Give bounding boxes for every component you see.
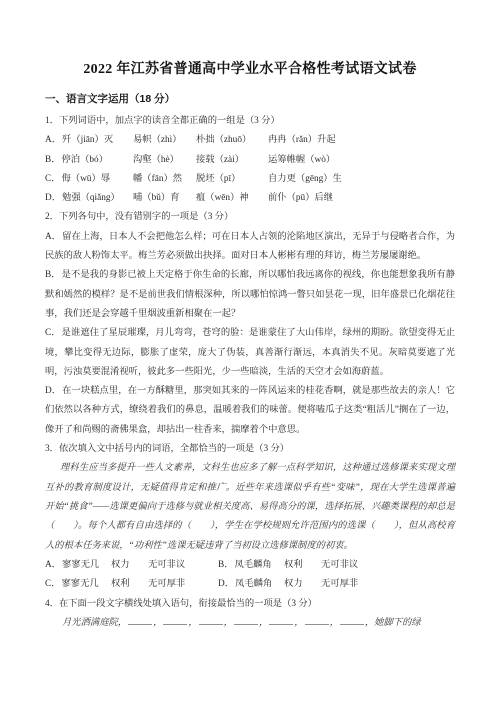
option-cell: A．歼（jiān）灭	[45, 131, 133, 150]
option-item: 凤毛麟角	[235, 579, 272, 589]
option-item: 权力	[111, 556, 148, 576]
q2-option-d: D．在一块糕点里，在一方酥糖里，那突如其来的一阵风运来的桂花香啊，就是那些故去的…	[45, 382, 455, 440]
q3-option-b: B．凤毛麟角 权利 无可非议	[218, 556, 455, 576]
option-label: A．	[45, 232, 62, 242]
q2-option-b: B．是不是我的身影已被上天定格于你生命的长廊，所以哪怕我远离你的视线，你也能想象…	[45, 266, 455, 324]
question-4-prompt: 4．在下面一段文字横线处填入语句，衔接最恰当的一项是（3 分）	[45, 595, 455, 614]
q3-option-row-ab: A．寥寥无几 权力 无可非议 B．凤毛麟角 权利 无可非议	[45, 556, 455, 576]
blank-slot	[128, 617, 152, 625]
option-label: A．	[45, 135, 62, 145]
cloze-separator: ，	[188, 618, 197, 628]
option-item: 勉强（qiǎng）	[62, 193, 120, 203]
option-label: D．	[45, 386, 62, 396]
q3-option-d: D．凤毛麟角 权力 无可厚非	[218, 575, 455, 595]
option-label: B．	[45, 155, 62, 165]
cloze-separator: ，	[153, 618, 162, 628]
option-label: A．	[45, 560, 62, 570]
q3-option-row-cd: C．寥寥无几 权利 无可厚非 D．凤毛麟角 权力 无可厚非	[45, 575, 455, 595]
cloze-suffix: ，她脚下的绿	[365, 618, 421, 628]
option-cell: D．凤毛麟角	[218, 575, 284, 595]
option-text: 在一块糕点里，在一方酥糖里，那突如其来的一阵风运来的桂花香啊，就是那些故去的亲人…	[45, 386, 455, 435]
q3-option-c: C．寥寥无几 权利 无可厚非	[45, 575, 218, 595]
option-item: 寥寥无几	[62, 560, 99, 570]
section-heading: 一、语言文字运用（18 分）	[45, 90, 455, 109]
option-cell: B．停泊（bó）	[45, 151, 133, 170]
blank-slot	[199, 617, 223, 625]
option-item: 无可厚非	[321, 575, 455, 595]
question-2-prompt: 2．下列各句中，没有错别字的一项是（3 分）	[45, 208, 455, 227]
option-item: 无可非议	[148, 556, 218, 576]
exam-paper-page: 2022 年江苏省普通高中学业水平合格性考试语文试卷 一、语言文字运用（18 分…	[0, 0, 500, 707]
option-item: 易帜（zhì）	[133, 131, 196, 150]
q1-option-row-a: A．歼（jiān）灭 易帜（zhì） 朴拙（zhuō） 冉冉（rǎn）升起	[45, 131, 455, 150]
q1-option-row-d: D．勉强（qiǎng） 哺（bǔ）育 瘟（wēn）神 前仆（pū）后继	[45, 189, 455, 208]
blank-slot	[269, 617, 293, 625]
cloze-separator: ，	[224, 618, 233, 628]
q1-option-row-c: C．侮（wū）辱 幡（fān）然 脱坯（pī） 自力更（gēng）生	[45, 170, 455, 189]
option-cell: C．寥寥无几	[45, 575, 111, 595]
option-cell: C．侮（wū）辱	[45, 170, 133, 189]
option-item: 脱坯（pī）	[196, 170, 268, 189]
option-item: 沟壑（hè）	[133, 151, 196, 170]
q1-option-row-b: B．停泊（bó） 沟壑（hè） 接载（zài） 运筹帷幄（wò）	[45, 151, 455, 170]
option-item: 朴拙（zhuō）	[196, 131, 268, 150]
cloze-separator: ，	[330, 618, 339, 628]
option-item: 无可厚非	[148, 575, 218, 595]
option-item: 权力	[284, 575, 321, 595]
option-item: 歼（jiān）灭	[62, 135, 113, 145]
option-label: C．	[45, 328, 62, 338]
option-item: 接载（zài）	[196, 151, 268, 170]
cloze-separator: ，	[259, 618, 268, 628]
cloze-prefix: 月光洒满庭院，	[62, 618, 127, 628]
q4-cloze-line: 月光洒满庭院，，，，，，，，她脚下的绿	[45, 614, 455, 633]
option-label: D．	[45, 193, 62, 203]
option-cell: A．寥寥无几	[45, 556, 111, 576]
q3-passage: 理科生应当多提升一些人文素养，文科生也应多了解一点科学知识，这种通过选修课来实现…	[45, 459, 455, 555]
q2-option-a: A．留在上海，日本人不会把他怎么样；可在日本人占领的沦陷地区演出，无异于与侵略者…	[45, 228, 455, 267]
option-item: 侮（wū）辱	[62, 174, 111, 184]
option-label: C．	[45, 579, 62, 589]
cloze-separator: ，	[294, 618, 303, 628]
blank-slot	[305, 617, 329, 625]
q2-option-c: C．是谁遮住了星辰璀璨，月儿弯弯，苍穹的脸：是谁蒙住了大山伟岸，绿州的期盼。欲望…	[45, 324, 455, 382]
option-item: 哺（bǔ）育	[133, 189, 196, 208]
option-item: 幡（fān）然	[133, 170, 196, 189]
option-label: D．	[218, 579, 235, 589]
option-text: 是谁遮住了星辰璀璨，月儿弯弯，苍穹的脸：是谁蒙住了大山伟岸，绿州的期盼。欲望变得…	[45, 328, 455, 377]
option-label: B．	[45, 270, 62, 280]
option-item: 自力更（gēng）生	[268, 170, 455, 189]
exam-title: 2022 年江苏省普通高中学业水平合格性考试语文试卷	[45, 60, 455, 80]
option-cell: B．凤毛麟角	[218, 556, 284, 576]
question-1-prompt: 1．下列词语中，加点字的读音全都正确的一组是（3 分）	[45, 112, 455, 131]
option-label: C．	[45, 174, 62, 184]
option-item: 运筹帷幄（wò）	[268, 151, 455, 170]
q3-option-a: A．寥寥无几 权力 无可非议	[45, 556, 218, 576]
option-cell: D．勉强（qiǎng）	[45, 189, 133, 208]
option-item: 无可非议	[321, 556, 455, 576]
option-text: 留在上海，日本人不会把他怎么样；可在日本人占领的沦陷地区演出，无异于与侵略者合作…	[45, 232, 455, 261]
option-label: B．	[218, 560, 235, 570]
option-item: 凤毛麟角	[235, 560, 272, 570]
blank-slot	[340, 617, 364, 625]
option-item: 权利	[111, 575, 148, 595]
option-item: 前仆（pū）后继	[268, 189, 455, 208]
option-item: 冉冉（rǎn）升起	[268, 131, 455, 150]
blank-slot	[163, 617, 187, 625]
option-item: 停泊（bó）	[62, 155, 109, 165]
option-text: 是不是我的身影已被上天定格于你生命的长廊，所以哪怕我远离你的视线，你也能想象我所…	[45, 270, 455, 319]
question-3-prompt: 3．依次填入文中括号内的词语，全都恰当的一项是（3 分）	[45, 440, 455, 459]
option-item: 权利	[284, 556, 321, 576]
blank-slot	[234, 617, 258, 625]
option-item: 瘟（wēn）神	[196, 189, 268, 208]
option-item: 寥寥无几	[62, 579, 99, 589]
page-content: 2022 年江苏省普通高中学业水平合格性考试语文试卷 一、语言文字运用（18 分…	[0, 0, 500, 634]
